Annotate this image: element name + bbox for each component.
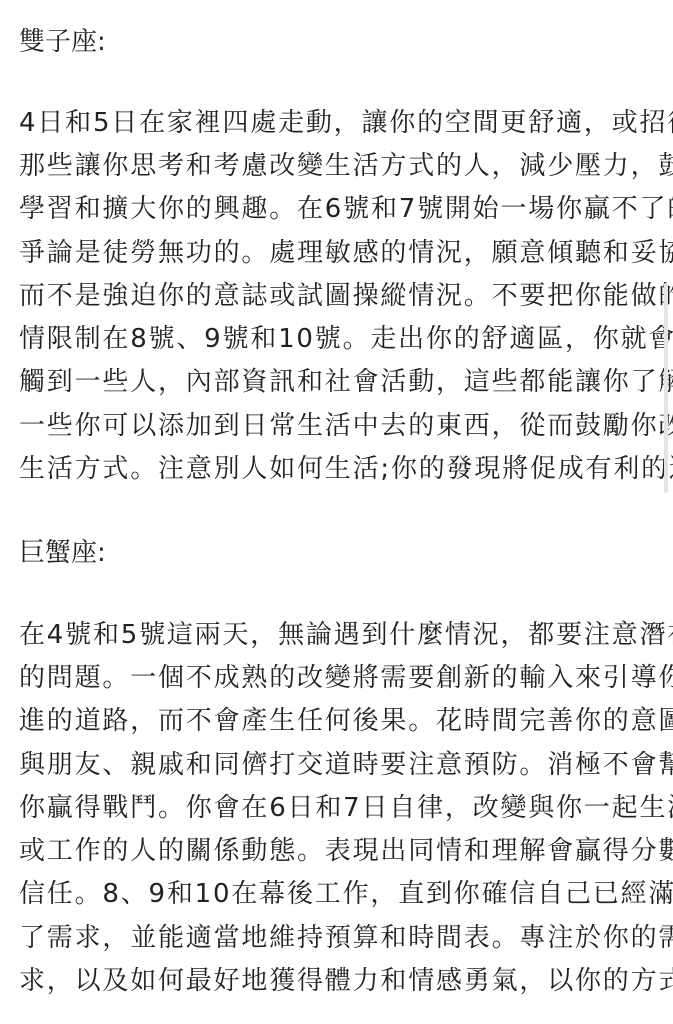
paragraph-line: 情限制在8號、9號和10號。走出你的舒適區，你就會接 — [19, 318, 673, 361]
paragraph-line: 爭論是徒勞無功的。處理敏感的情況，願意傾聽和妥協， — [19, 232, 673, 275]
paragraph-line: 與朋友、親戚和同儕打交道時要注意預防。消極不會幫助 — [19, 744, 673, 787]
paragraph-line: 信任。8、9和10在幕後工作，直到你確信自己已經滿足 — [19, 873, 673, 916]
section-heading-gemini: 雙子座: — [19, 21, 106, 64]
paragraph-line: 而不是強迫你的意誌或試圖操縱情況。不要把你能做的事 — [19, 275, 673, 318]
paragraph-line: 一些你可以添加到日常生活中去的東西，從而鼓勵你改善 — [19, 405, 673, 448]
paragraph-line: 那些讓你思考和考慮改變生活方式的人，減少壓力，鼓勵 — [19, 145, 673, 188]
paragraph-line: 學習和擴大你的興趣。在6號和7號開始一場你贏不了的 — [19, 188, 673, 231]
paragraph-line: 或工作的人的關係動態。表現出同情和理解會贏得分數和 — [19, 830, 673, 873]
paragraph-line: 觸到一些人，內部資訊和社會活動，這些都能讓你了解到 — [19, 361, 673, 404]
vertical-scrollbar[interactable] — [664, 283, 668, 493]
paragraph-line: 你贏得戰鬥。你會在6日和7日自律，改變與你一起生活 — [19, 787, 673, 830]
paragraph-line: 生活方式。注意別人如何生活;你的發現將促成有利的進 — [19, 448, 673, 491]
paragraph-line: 進的道路，而不會產生任何後果。花時間完善你的意圖。 — [19, 700, 673, 743]
paragraph-line: 在4號和5號這兩天，無論遇到什麼情況，都要注意潛在 — [19, 614, 673, 657]
section-heading-cancer: 巨蟹座: — [19, 532, 106, 575]
paragraph-line: 4日和5日在家裡四處走動，讓你的空間更舒適，或招待 — [19, 102, 673, 145]
paragraph-line: 求，以及如何最好地獲得體力和情感勇氣，以你的方式做 — [19, 960, 673, 1003]
paragraph-line: 的問題。一個不成熟的改變將需要創新的輸入來引導你前 — [19, 657, 673, 700]
paragraph-line: 了需求，並能適當地維持預算和時間表。專注於你的需 — [19, 917, 673, 960]
